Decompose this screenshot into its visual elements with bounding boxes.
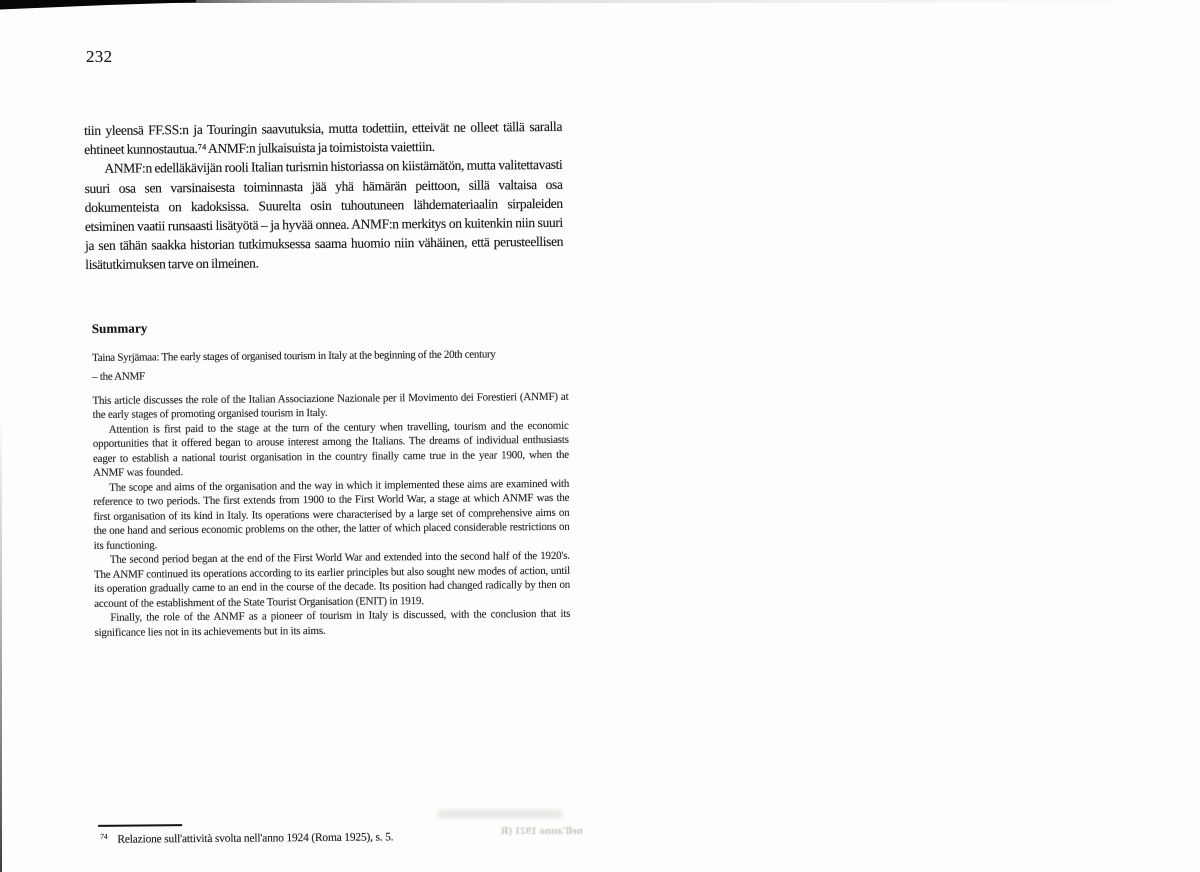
scan-edge-left-line xyxy=(0,415,2,872)
text-column: tiin yleensä FF.SS:n ja Touringin saavut… xyxy=(84,117,568,866)
footnote-separator-line xyxy=(98,824,182,827)
scan-edge-top-wedge xyxy=(0,0,196,10)
footnote: 74Relazione sull'attività svolta nell'an… xyxy=(98,821,568,846)
footnote-body: 74Relazione sull'attività svolta nell'an… xyxy=(98,828,568,846)
summary-attribution: Taina Syrjämaa: The early stages of orga… xyxy=(92,344,568,387)
page-number: 232 xyxy=(86,47,112,67)
summary-heading: Summary xyxy=(92,316,568,335)
footnote-marker: 74 xyxy=(100,832,107,841)
attribution-line: – the ANMF xyxy=(92,364,568,388)
summary-paragraph: The scope and aims of the organisation a… xyxy=(93,476,570,553)
summary-paragraphs: This article discusses the role of the I… xyxy=(92,389,570,640)
finnish-body-text: tiin yleensä FF.SS:n ja Touringin saavut… xyxy=(84,117,563,275)
summary-section: Summary Taina Syrjämaa: The early stages… xyxy=(92,316,571,640)
summary-paragraph: Attention is first paid to the stage at … xyxy=(93,418,569,480)
summary-paragraph: Finally, the role of the ANMF as a pione… xyxy=(94,607,570,640)
footnote-text: Relazione sull'attività svolta nell'anno… xyxy=(117,831,393,845)
summary-paragraph: This article discusses the role of the I… xyxy=(92,389,568,422)
summary-paragraph: The second period began at the end of th… xyxy=(94,549,570,611)
body-paragraph: tiin yleensä FF.SS:n ja Touringin saavut… xyxy=(84,117,562,160)
scanned-book-page: 232 tiin yleensä FF.SS:n ja Touringin sa… xyxy=(0,0,1200,872)
body-paragraph: ANMF:n edelläkävijän rooli Italian turis… xyxy=(84,155,563,274)
